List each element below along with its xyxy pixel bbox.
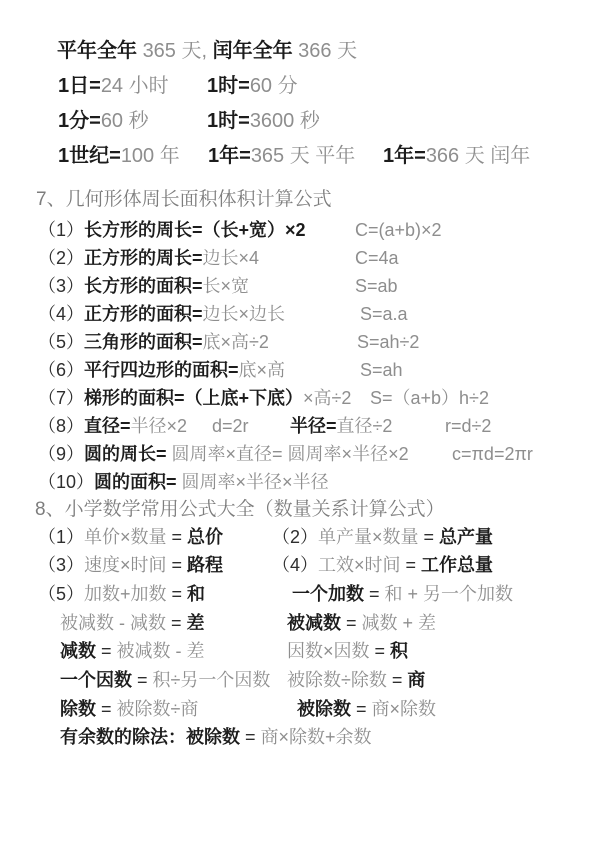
item7-2-square-perimeter-cell: （2）正方形的周长=边长×4 <box>38 247 259 270</box>
text-segment: 正方形的面积= <box>84 304 203 324</box>
item8-1-2-price-output-cell: （2）单产量×数量 = 总产量 <box>272 526 493 549</box>
text-segment: 1时= <box>207 110 250 132</box>
text-segment: = <box>167 555 188 575</box>
item7-7-trapezoid-area-cell: S=（a+b）h÷2 <box>370 387 489 410</box>
line-century-year-cell: 1世纪=100 年 <box>58 143 180 169</box>
text-segment: （6） <box>38 360 84 380</box>
text-segment: 积÷另一个因数 <box>153 670 271 690</box>
line-century-year-cell: 1年=365 天 平年 <box>208 143 355 169</box>
text-segment: 3600 秒 <box>250 110 320 132</box>
text-segment: = <box>364 584 385 604</box>
text-segment: 一个加数 <box>292 584 364 604</box>
text-segment: = <box>96 699 117 719</box>
text-segment: 减数 <box>60 641 96 661</box>
line-day-hour-cell: 1日=24 小时 <box>58 73 169 99</box>
text-segment: 单产量×数量 <box>318 527 419 547</box>
text-segment: = <box>240 727 261 747</box>
text-segment: 半径×2 <box>131 416 188 436</box>
text-segment: 1时= <box>207 75 250 97</box>
text-segment: 365 天, <box>143 40 207 62</box>
text-segment: = <box>167 584 188 604</box>
text-segment: 一个因数 <box>60 670 132 690</box>
text-segment: = <box>166 613 187 633</box>
line-division-with-remainder-cell: 有余数的除法：被除数 = 商×除数+余数 <box>60 726 372 749</box>
text-segment: S=（a+b）h÷2 <box>370 388 489 408</box>
line-day-hour-cell: 1时=60 分 <box>207 73 298 99</box>
text-segment: 速度×时间 <box>84 555 167 575</box>
item7-5-triangle-area-cell: S=ah÷2 <box>357 331 419 354</box>
item7-8-diameter-radius-cell: （8）直径=半径×2 <box>38 415 187 438</box>
text-segment: 7、几何形体周长面积体积计算公式 <box>36 189 332 210</box>
text-segment: 边长×4 <box>203 248 260 268</box>
text-segment: 366 天 闰年 <box>426 145 530 167</box>
text-segment: （7） <box>38 388 84 408</box>
item7-9-circle-circumference-cell: （9）圆的周长= 圆周率×直径= 圆周率×半径×2 <box>38 443 409 466</box>
item8-5-addend-sum-cell: （5）加数+加数 = 和 <box>38 583 205 606</box>
text-segment: 总产量 <box>439 527 493 547</box>
text-segment: 60 分 <box>250 75 298 97</box>
text-segment: 圆周率×半径×半径 <box>177 472 329 492</box>
text-segment: 被除数÷商 <box>117 699 199 719</box>
text-segment: 和 + 另一个加数 <box>385 584 514 604</box>
text-segment: = <box>370 641 391 661</box>
text-segment: 1年= <box>208 145 251 167</box>
text-segment: = <box>96 641 117 661</box>
text-segment: = <box>419 527 440 547</box>
text-segment: 底×高 <box>239 360 286 380</box>
text-segment: （3） <box>38 276 84 296</box>
line-subtrahend-factor-cell: 减数 = 被减数 - 差 <box>60 640 205 663</box>
text-segment: 1世纪= <box>58 145 121 167</box>
text-segment: 8、小学数学常用公式大全（数量关系计算公式） <box>35 499 445 520</box>
text-segment: C=(a+b)×2 <box>355 220 442 240</box>
text-segment: 被除数÷除数 <box>287 670 387 690</box>
item8-3-4-speed-efficiency-cell: （3）速度×时间 = 路程 <box>38 554 223 577</box>
text-segment: 总价 <box>187 527 223 547</box>
text-segment: = <box>387 670 408 690</box>
text-segment: 商×除数+余数 <box>261 727 372 747</box>
text-segment: （5） <box>38 584 84 604</box>
text-segment: 长方形的面积= <box>84 276 203 296</box>
item7-6-parallelogram-area-cell: S=ah <box>360 359 403 382</box>
text-segment: d=2r <box>212 416 249 436</box>
item7-3-rect-area-cell: S=ab <box>355 275 398 298</box>
text-segment: 三角形的面积= <box>84 332 203 352</box>
text-segment: 正方形的周长= <box>84 248 203 268</box>
text-segment: c=πd=2πr <box>452 444 533 464</box>
line-minute-second-cell: 1时=3600 秒 <box>207 108 320 134</box>
text-segment: 加数+加数 <box>84 584 167 604</box>
text-segment: （4） <box>272 555 318 575</box>
text-segment: 积 <box>390 641 408 661</box>
text-segment: 有余数的除法：被除数 <box>60 727 240 747</box>
text-segment: 长方形的周长=（长+宽）×2 <box>84 220 306 240</box>
item7-6-parallelogram-area-cell: （6）平行四边形的面积=底×高 <box>38 359 285 382</box>
text-segment: 365 天 平年 <box>251 145 355 167</box>
text-segment: 1年= <box>383 145 426 167</box>
section8-header-cell: 8、小学数学常用公式大全（数量关系计算公式） <box>35 498 445 523</box>
item7-5-triangle-area-cell: （5）三角形的面积=底×高÷2 <box>38 331 269 354</box>
text-segment: 和 <box>187 584 205 604</box>
item7-7-trapezoid-area-cell: （7）梯形的面积=（上底+下底）×高÷2 <box>38 387 351 410</box>
text-segment: 半径= <box>290 416 337 436</box>
text-segment: = <box>341 613 362 633</box>
text-segment: 直径= <box>84 416 131 436</box>
text-segment: S=a.a <box>360 304 408 324</box>
line-minuend-difference-cell: 被减数 - 减数 = 差 <box>60 612 205 635</box>
item7-4-square-area-cell: （4）正方形的面积=边长×边长 <box>38 303 285 326</box>
text-segment: C=4a <box>355 248 399 268</box>
line-subtrahend-factor-cell: 因数×因数 = 积 <box>287 640 408 663</box>
text-segment: （10） <box>38 472 94 492</box>
text-segment: 圆周率×直径= 圆周率×半径×2 <box>167 444 409 464</box>
text-segment: 底×高÷2 <box>203 332 269 352</box>
text-segment: （1） <box>38 220 84 240</box>
text-segment: （1） <box>38 527 84 547</box>
item7-8-diameter-radius-cell: d=2r <box>212 415 249 438</box>
text-segment: = <box>351 699 372 719</box>
item7-8-diameter-radius-cell: 半径=直径÷2 <box>290 415 392 438</box>
text-segment: S=ab <box>355 276 398 296</box>
text-segment: 1日= <box>58 75 101 97</box>
text-segment: （5） <box>38 332 84 352</box>
text-segment: 闰年全年 <box>207 40 298 62</box>
text-segment: 边长×边长 <box>203 304 286 324</box>
item7-2-square-perimeter-cell: C=4a <box>355 247 399 270</box>
text-segment: 单价×数量 <box>84 527 167 547</box>
text-segment: 差 <box>187 613 205 633</box>
item8-5-addend-sum-cell: 一个加数 = 和 + 另一个加数 <box>292 583 513 606</box>
text-segment: 商×除数 <box>372 699 437 719</box>
text-segment: 平行四边形的面积= <box>84 360 239 380</box>
line-factor-quotient-cell: 一个因数 = 积÷另一个因数 <box>60 669 270 692</box>
text-segment: 梯形的面积=（上底+下底） <box>84 388 303 408</box>
item7-1-rect-perimeter-cell: C=(a+b)×2 <box>355 219 442 242</box>
text-segment: （4） <box>38 304 84 324</box>
text-segment: 平年全年 <box>57 40 143 62</box>
item7-10-circle-area-cell: （10）圆的面积= 圆周率×半径×半径 <box>38 471 329 494</box>
text-segment: 被减数 - 差 <box>117 641 205 661</box>
line-factor-quotient-cell: 被除数÷除数 = 商 <box>287 669 425 692</box>
text-segment: （8） <box>38 416 84 436</box>
text-segment: = <box>132 670 153 690</box>
text-segment: 工作总量 <box>421 555 493 575</box>
text-segment: 1分= <box>58 110 101 132</box>
line-minuend-difference-cell: 被减数 = 减数 + 差 <box>287 612 436 635</box>
text-segment: 除数 <box>60 699 96 719</box>
item8-1-2-price-output-cell: （1）单价×数量 = 总价 <box>38 526 223 549</box>
document-page: 平年全年 365 天, 闰年全年 366 天1日=24 小时1时=60 分1分=… <box>0 0 596 842</box>
line-century-year-cell: 1年=366 天 闰年 <box>383 143 530 169</box>
text-segment: 24 小时 <box>101 75 169 97</box>
text-segment: 长×宽 <box>203 276 250 296</box>
section7-header-cell: 7、几何形体周长面积体积计算公式 <box>36 188 332 213</box>
item7-4-square-area-cell: S=a.a <box>360 303 408 326</box>
text-segment: 工效×时间 <box>318 555 401 575</box>
item7-8-diameter-radius-cell: r=d÷2 <box>445 415 491 438</box>
text-segment: 减数 + 差 <box>362 613 437 633</box>
text-segment: 圆的周长= <box>84 444 167 464</box>
text-segment: （9） <box>38 444 84 464</box>
text-segment: ×高÷2 <box>303 388 351 408</box>
item7-1-rect-perimeter-cell: （1）长方形的周长=（长+宽）×2 <box>38 219 306 242</box>
text-segment: = <box>401 555 422 575</box>
text-segment: S=ah <box>360 360 403 380</box>
text-segment: 被除数 <box>297 699 351 719</box>
text-segment: = <box>167 527 188 547</box>
text-segment: （3） <box>38 555 84 575</box>
text-segment: 被减数 <box>287 613 341 633</box>
text-segment: r=d÷2 <box>445 416 491 436</box>
line-year-days-cell: 平年全年 365 天, 闰年全年 366 天 <box>57 38 357 64</box>
line-minute-second-cell: 1分=60 秒 <box>58 108 149 134</box>
text-segment: 因数×因数 <box>287 641 370 661</box>
text-segment: 100 年 <box>121 145 180 167</box>
text-segment: S=ah÷2 <box>357 332 419 352</box>
text-segment: 366 天 <box>298 40 357 62</box>
text-segment: 60 秒 <box>101 110 149 132</box>
text-segment: 路程 <box>187 555 223 575</box>
text-segment: 圆的面积= <box>94 472 177 492</box>
item7-9-circle-circumference-cell: c=πd=2πr <box>452 443 533 466</box>
line-divisor-dividend-cell: 除数 = 被除数÷商 <box>60 698 198 721</box>
text-segment: （2） <box>272 527 318 547</box>
text-segment: 商 <box>407 670 425 690</box>
text-segment: （2） <box>38 248 84 268</box>
text-segment: 直径÷2 <box>337 416 393 436</box>
item8-3-4-speed-efficiency-cell: （4）工效×时间 = 工作总量 <box>272 554 493 577</box>
line-divisor-dividend-cell: 被除数 = 商×除数 <box>297 698 436 721</box>
item7-3-rect-area-cell: （3）长方形的面积=长×宽 <box>38 275 249 298</box>
text-segment: 被减数 - 减数 <box>60 613 166 633</box>
